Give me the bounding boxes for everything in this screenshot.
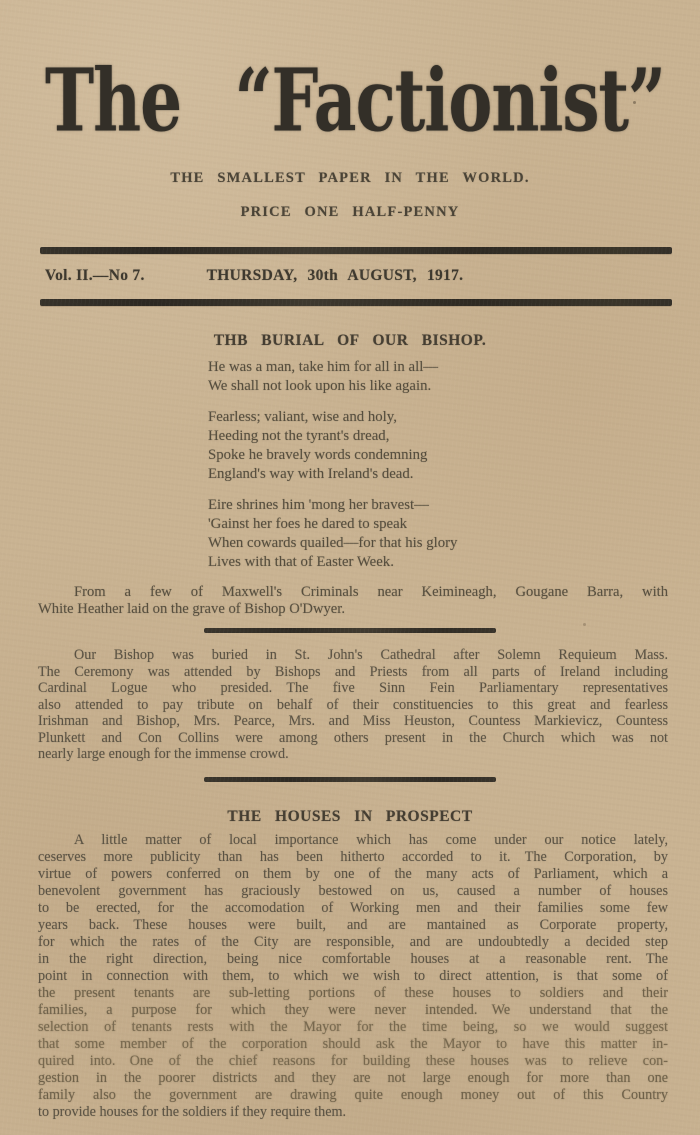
volume-number: Vol. II.—No 7. (45, 267, 145, 285)
poem-stanza: Fearless; valiant, wise and holy, Heedin… (208, 408, 700, 484)
paragraph-line: nearly large enough for the immense crow… (38, 746, 668, 763)
paragraph-line: quired into. One of the chief reasons fo… (38, 1053, 668, 1070)
poem-line: Fearless; valiant, wise and holy, (208, 408, 700, 427)
paragraph-line: in the right direction, being nice comfo… (38, 951, 668, 968)
horizontal-rule-top (40, 247, 672, 254)
newspaper-page: The “Factionist” THE SMALLEST PAPER IN T… (0, 0, 700, 1135)
paragraph-line: the present tenants are sub-letting port… (38, 985, 668, 1002)
poem-line: Heeding not the tyrant's dread, (208, 427, 700, 446)
bishop-article-heading: THB BURIAL OF OUR BISHOP. (0, 332, 700, 350)
horizontal-rule-bottom (40, 299, 672, 306)
title-word-the: The (45, 50, 181, 151)
poem-line: We shall not look upon his like again. (208, 377, 700, 396)
paragraph-line: point in connection with them, to which … (38, 968, 668, 985)
poem-stanza: Eire shrines him 'mong her bravest— 'Gai… (208, 496, 700, 572)
poem-stanza: He was a man, take him for all in all— W… (208, 358, 700, 396)
poem: He was a man, take him for all in all— W… (208, 358, 700, 572)
paragraph-line: Plunkett and Con Collins were among othe… (38, 730, 668, 747)
paragraph-line: for which the rates of the City are resp… (38, 934, 668, 951)
issue-date: THURSDAY, 30th AUGUST, 1917. (207, 267, 464, 285)
burial-paragraph: Our Bishop was buried in St. John's Cath… (38, 647, 668, 763)
poem-line: He was a man, take him for all in all— (208, 358, 700, 377)
dateline: Vol. II.—No 7. THURSDAY, 30th AUGUST, 19… (45, 267, 660, 285)
paragraph-line: to be erected, for the accomodation of W… (38, 900, 668, 917)
attribution-paragraph: From a few of Maxwell's Criminals near K… (38, 584, 668, 618)
paragraph-line: Irishman and Bishop, Mrs. Pearce, Mrs. a… (38, 713, 668, 730)
poem-line: Lives with that of Easter Week. (208, 553, 700, 572)
paragraph-line: selection of tenants rests with the Mayo… (38, 1019, 668, 1036)
houses-paragraph: A little matter of local importance whic… (38, 832, 668, 1121)
section-divider (204, 777, 496, 782)
section-divider (204, 628, 496, 633)
paragraph-line: Cardinal Logue who presided. The five Si… (38, 680, 668, 697)
poem-line: 'Gainst her foes he dared to speak (208, 515, 700, 534)
attribution-line: From a few of Maxwell's Criminals near K… (38, 584, 668, 601)
paragraph-line: The Ceremony was attended by Bishops and… (38, 664, 668, 681)
paragraph-line: to provide houses for the soldiers if th… (38, 1104, 668, 1121)
article-bishop-burial: THB BURIAL OF OUR BISHOP. He was a man, … (0, 332, 700, 782)
paragraph-line: also attended to pay tribute on behalf o… (38, 697, 668, 714)
paragraph-line: families, a purpose for which they were … (38, 1002, 668, 1019)
price-line: PRICE ONE HALF-PENNY (0, 204, 700, 221)
houses-article-heading: THE HOUSES IN PROSPECT (0, 808, 700, 826)
poem-line: When cowards quailed—for that his glory (208, 534, 700, 553)
paragraph-line: A little matter of local importance whic… (38, 832, 668, 849)
paragraph-line: benevolent government has graciously bes… (38, 883, 668, 900)
paper-title: The “Factionist” (45, 50, 665, 151)
article-houses: THE HOUSES IN PROSPECT A little matter o… (0, 808, 700, 1121)
poem-line: England's way with Ireland's dead. (208, 465, 700, 484)
title-word-factionist: “Factionist” (235, 50, 665, 151)
poem-line: Eire shrines him 'mong her bravest— (208, 496, 700, 515)
paragraph-line: Our Bishop was buried in St. John's Cath… (38, 647, 668, 664)
paragraph-line: virtue of powers conferred on them by on… (38, 866, 668, 883)
paragraph-line: family also the government are drawing q… (38, 1087, 668, 1104)
paragraph-line: ceserves more publicity than has been hi… (38, 849, 668, 866)
masthead: The “Factionist” THE SMALLEST PAPER IN T… (0, 50, 700, 221)
attribution-line: White Heather laid on the grave of Bisho… (38, 601, 668, 618)
paragraph-line: gestion in the poorer districts and they… (38, 1070, 668, 1087)
paper-subtitle: THE SMALLEST PAPER IN THE WORLD. (0, 170, 700, 187)
poem-line: Spoke he bravely words condemning (208, 446, 700, 465)
paragraph-line: years back. These houses were built, and… (38, 917, 668, 934)
paragraph-line: that some member of the corporation shou… (38, 1036, 668, 1053)
